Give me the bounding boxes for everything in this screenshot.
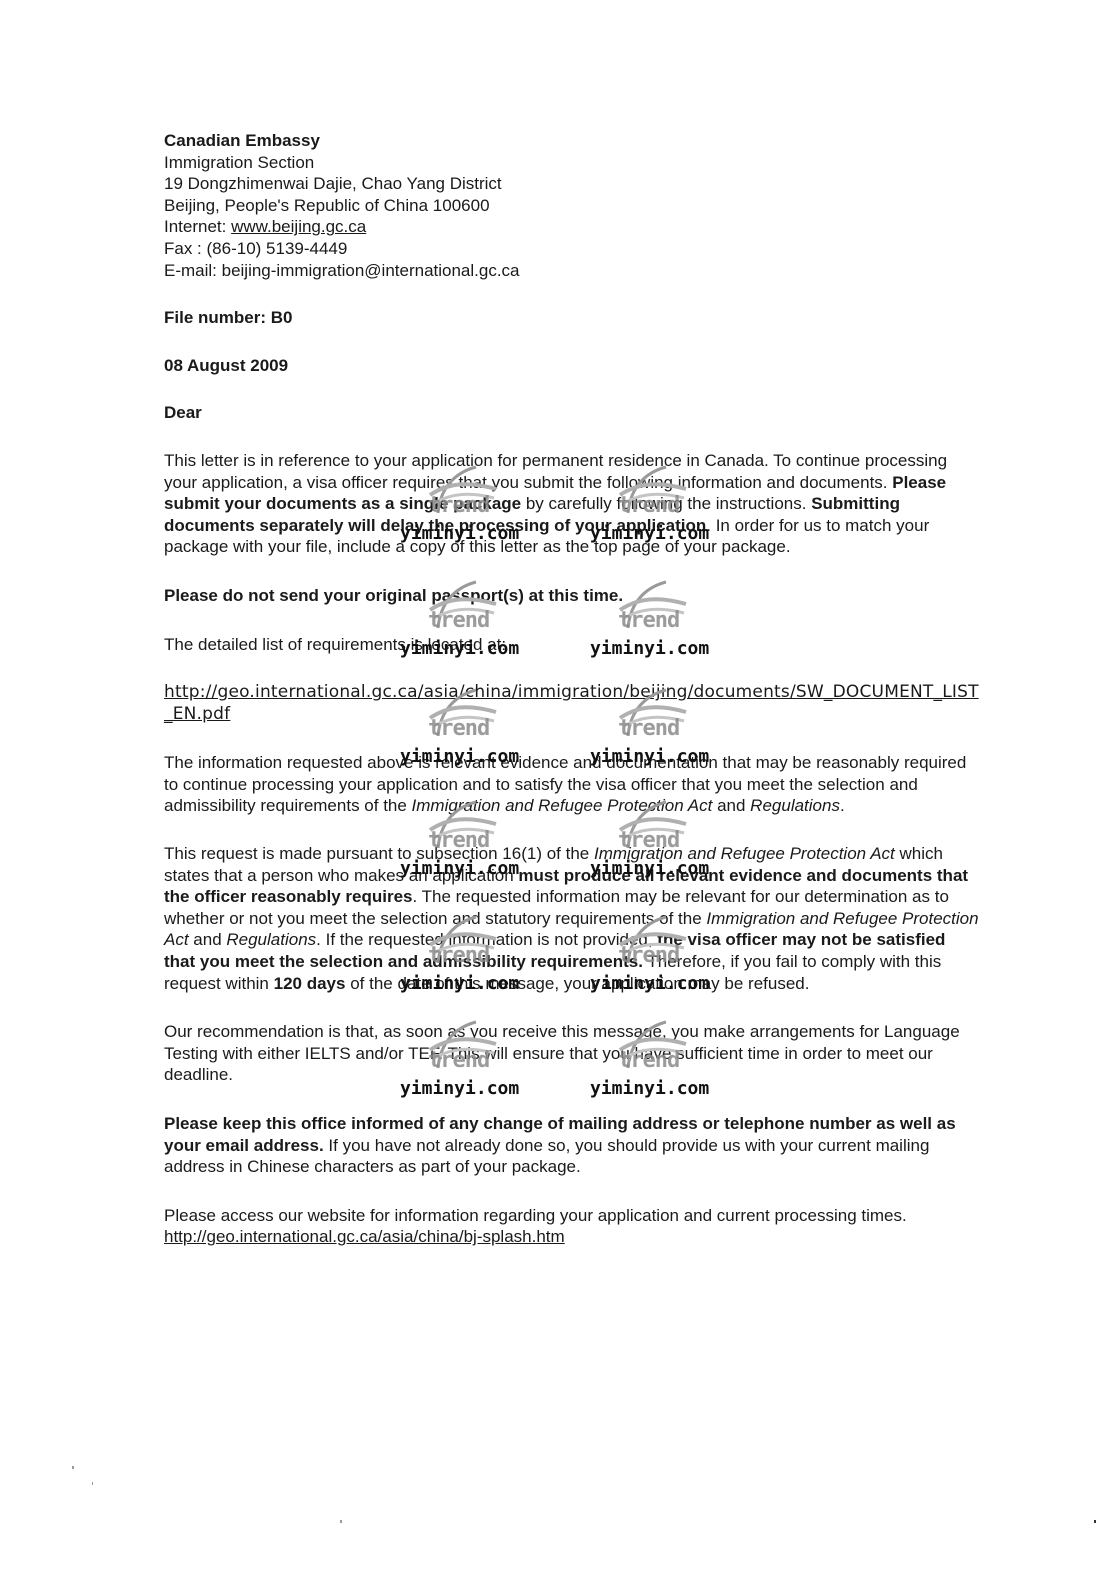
paragraph-legal-basis: This request is made pursuant to subsect… [164, 843, 979, 994]
text-run-italic: Immigration and Refugee Protection Act [412, 796, 713, 815]
text-run: by carefully following the instructions. [521, 494, 811, 513]
embassy-address-block: Canadian Embassy Immigration Section 19 … [164, 130, 979, 281]
file-number: File number: B0 [164, 307, 979, 329]
paragraph-website: Please access our website for informatio… [164, 1205, 979, 1248]
passport-notice: Please do not send your original passpor… [164, 585, 979, 607]
processing-times-link[interactable]: http://geo.international.gc.ca/asia/chin… [164, 1227, 565, 1246]
text-run: . [840, 796, 845, 815]
requirements-intro: The detailed list of requirements is loc… [164, 634, 979, 656]
internet-label: Internet: [164, 217, 231, 236]
text-run-italic: Regulations [750, 796, 840, 815]
embassy-website-link[interactable]: www.beijing.gc.ca [231, 217, 366, 236]
address-line-2: Beijing, People's Republic of China 1006… [164, 195, 979, 217]
address-line-1: 19 Dongzhimenwai Dajie, Chao Yang Distri… [164, 173, 979, 195]
paragraph-intro: This letter is in reference to your appl… [164, 450, 979, 558]
scan-speck [340, 1520, 342, 1523]
internet-line: Internet: www.beijing.gc.ca [164, 216, 979, 238]
organization-name: Canadian Embassy [164, 130, 979, 152]
text-run-italic: Regulations [226, 930, 316, 949]
deadline-days: 120 days [274, 974, 346, 993]
scan-speck [72, 1466, 74, 1469]
scan-speck [1094, 1520, 1096, 1523]
text-run: Please access our website for informatio… [164, 1206, 907, 1225]
text-run: and [189, 930, 227, 949]
text-run: of the date of this message, your applic… [345, 974, 809, 993]
text-run: and [712, 796, 750, 815]
scan-speck [92, 1482, 93, 1485]
text-run: This letter is in reference to your appl… [164, 451, 947, 492]
scanned-letter-page: Canadian Embassy Immigration Section 19 … [0, 0, 1111, 1573]
text-run: This request is made pursuant to subsect… [164, 844, 594, 863]
email-line: E-mail: beijing-immigration@internationa… [164, 260, 979, 282]
section-name: Immigration Section [164, 152, 979, 174]
letter-body: Canadian Embassy Immigration Section 19 … [164, 130, 979, 1248]
letter-date: 08 August 2009 [164, 355, 979, 377]
fax-line: Fax : (86-10) 5139-4449 [164, 238, 979, 260]
text-run: . If the requested information is not pr… [316, 930, 657, 949]
requirements-document-link[interactable]: http://geo.international.gc.ca/asia/chin… [164, 682, 979, 724]
text-run-italic: Immigration and Refugee Protection Act [594, 844, 895, 863]
salutation: Dear [164, 402, 979, 424]
paragraph-keep-informed: Please keep this office informed of any … [164, 1113, 979, 1178]
requirements-url-paragraph: http://geo.international.gc.ca/asia/chin… [164, 682, 979, 725]
paragraph-language-testing: Our recommendation is that, as soon as y… [164, 1021, 979, 1086]
paragraph-relevance: The information requested above is relev… [164, 752, 979, 817]
